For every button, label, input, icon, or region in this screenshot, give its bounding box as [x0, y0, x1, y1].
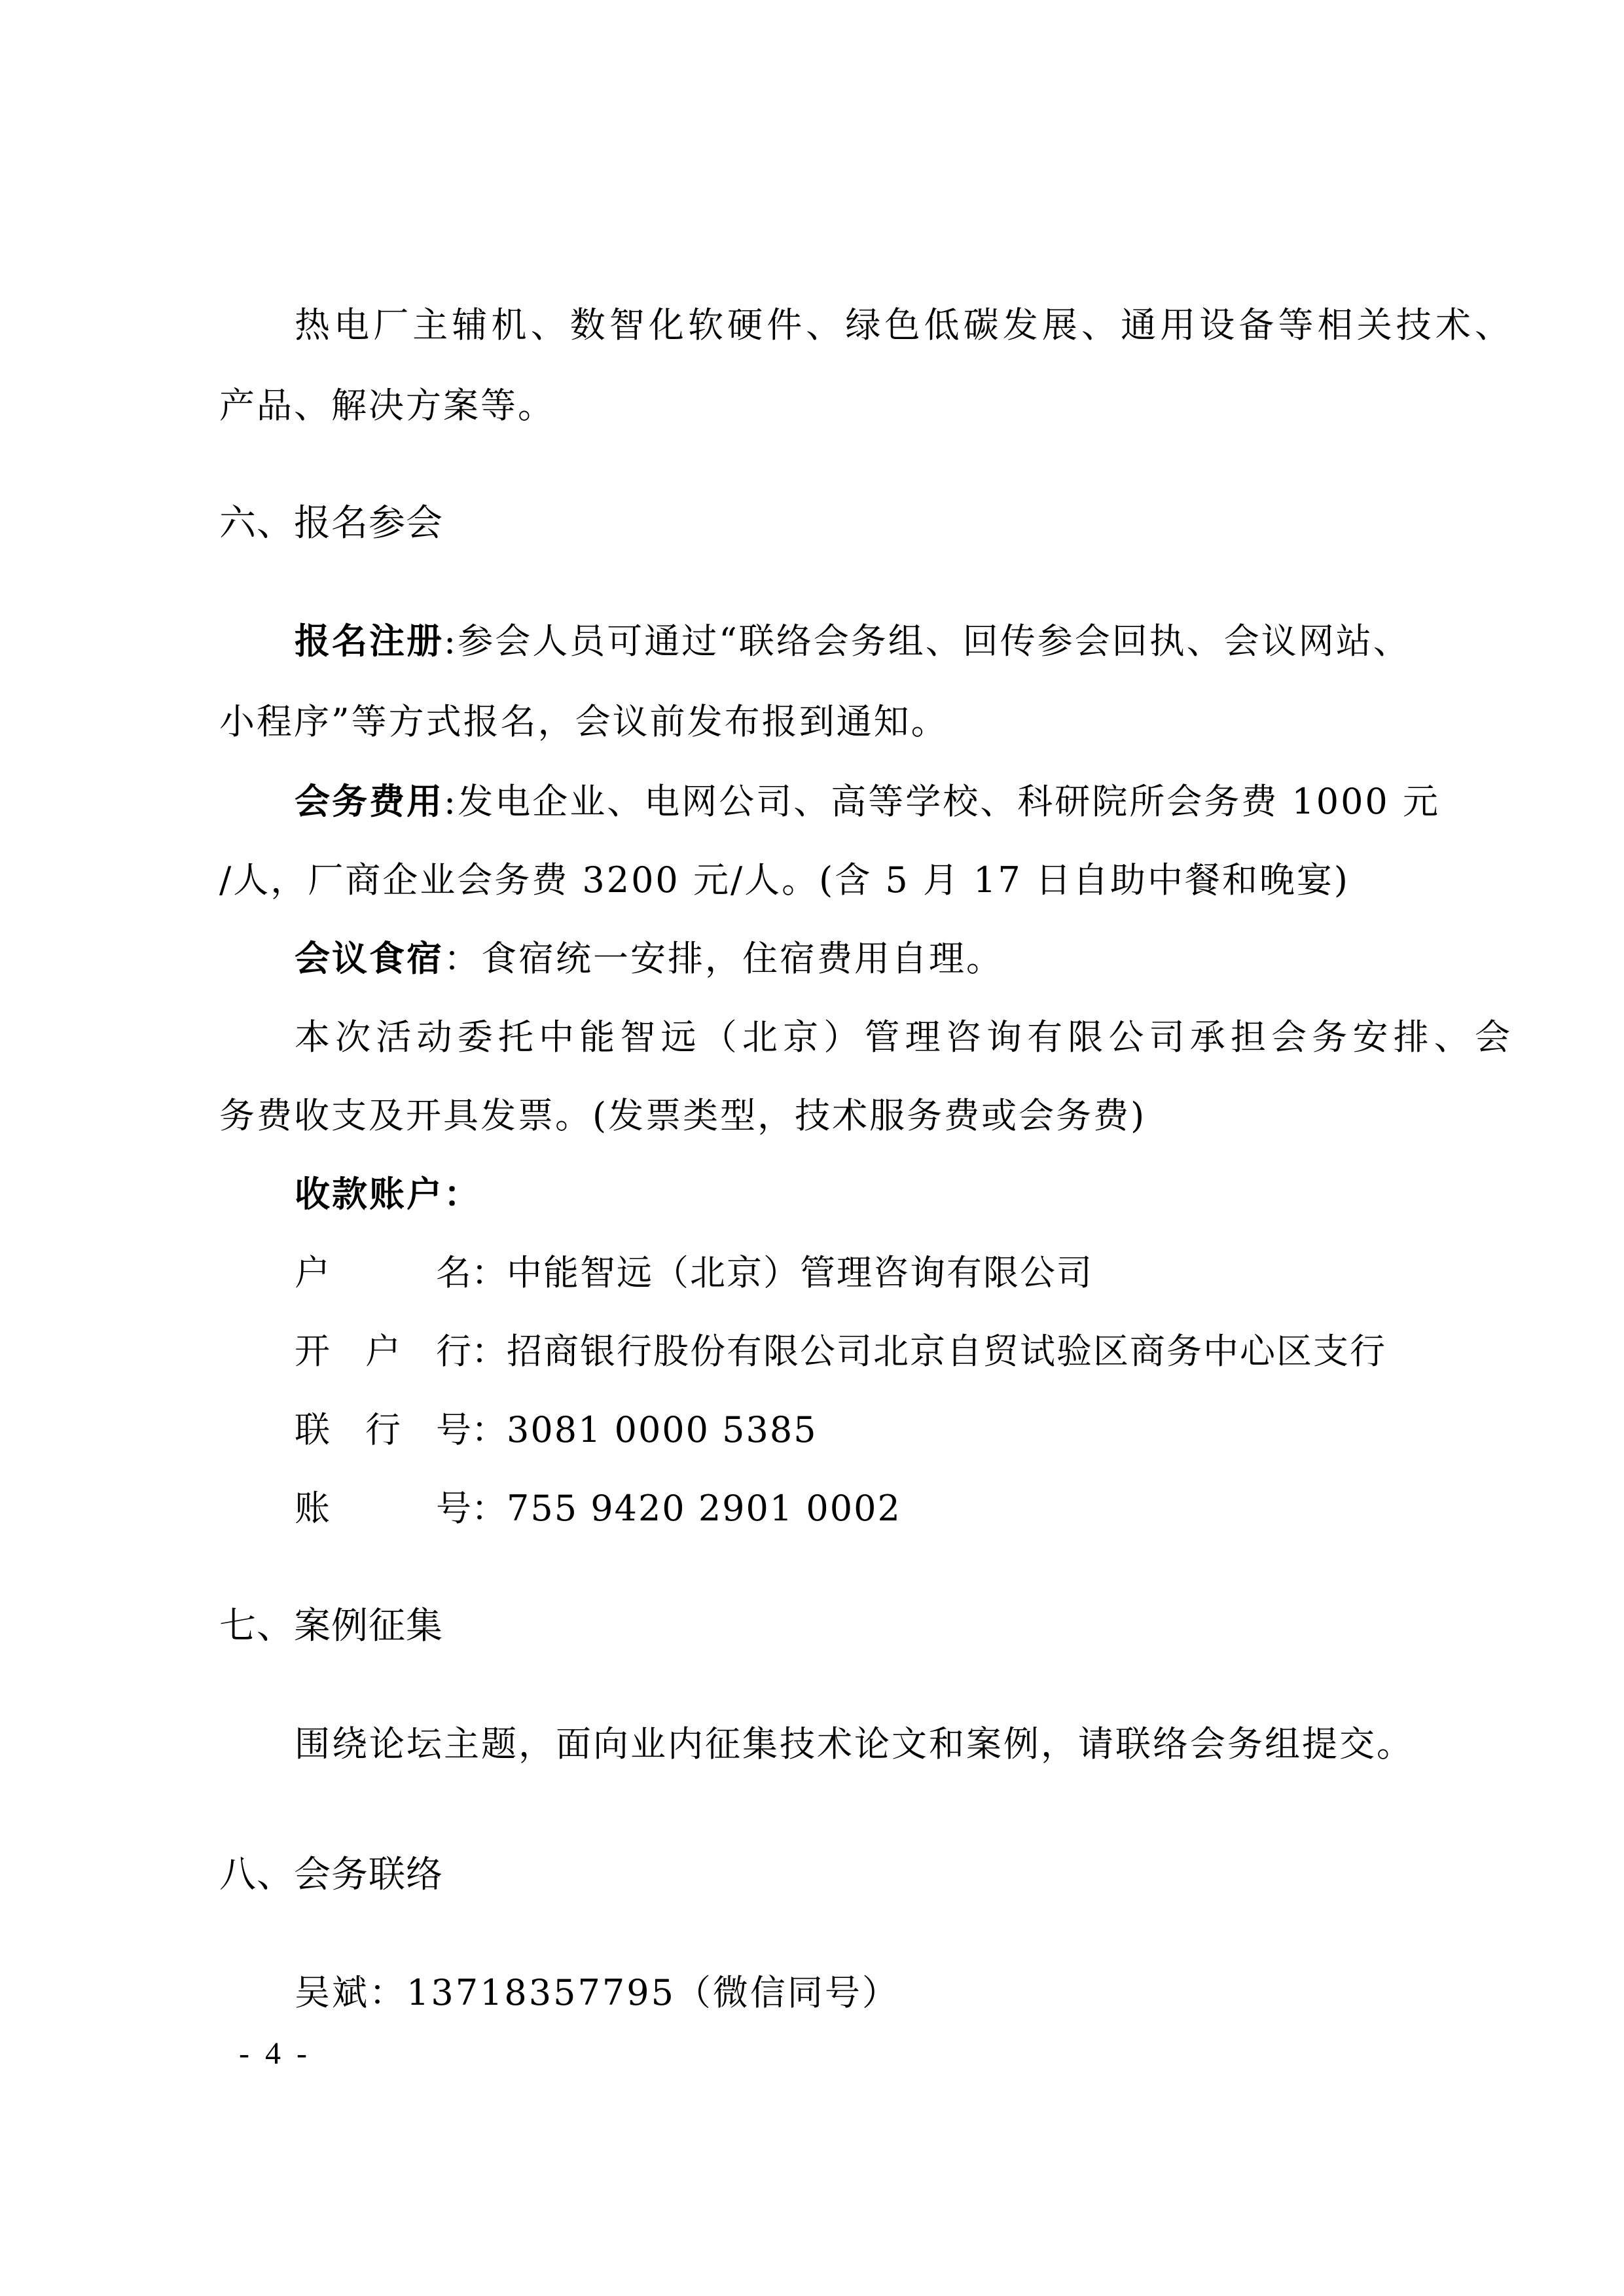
account-bank-value: 招商银行股份有限公司北京自贸试验区商务中心区支行: [507, 1329, 1386, 1374]
colon: ：: [471, 1250, 507, 1296]
fees-text: :发电企业、电网公司、高等学校、科研院所会务费 1000 元: [444, 781, 1440, 822]
account-row-bank-code: 联行号：3081 0000 5385: [295, 1407, 818, 1453]
section-6-heading: 六、报名参会: [219, 501, 1437, 547]
account-name-value: 中能智远（北京）管理咨询有限公司: [507, 1250, 1093, 1296]
account-heading: 收款账户：: [295, 1172, 1512, 1217]
intro-line-1: 热电厂主辅机、数智化软硬件、绿色低碳发展、通用设备等相关技术、: [295, 302, 1512, 348]
lodging-text: ：食宿统一安排，住宿费用自理。: [444, 938, 1003, 979]
account-bank-code-label: 联行号: [295, 1407, 471, 1453]
section-7-heading: 七、案例征集: [219, 1604, 1437, 1649]
section-8-heading: 八、会务联络: [219, 1852, 1437, 1898]
entrust-line-1: 本次活动委托中能智远（北京）管理咨询有限公司承担会务安排、会: [295, 1014, 1512, 1060]
fees-line-1: 会务费用:发电企业、电网公司、高等学校、科研院所会务费 1000 元: [295, 779, 1512, 825]
account-row-name: 户名：中能智远（北京）管理咨询有限公司: [295, 1250, 1093, 1296]
lodging-line: 会议食宿：食宿统一安排，住宿费用自理。: [295, 936, 1512, 982]
account-number-value: 755 9420 2901 0002: [507, 1486, 901, 1532]
account-row-number: 账号：755 9420 2901 0002: [295, 1486, 901, 1532]
intro-line-2: 产品、解决方案等。: [219, 383, 1437, 429]
account-row-bank: 开户行：招商银行股份有限公司北京自贸试验区商务中心区支行: [295, 1329, 1386, 1374]
entrust-line-2: 务费收支及开具发票。(发票类型，技术服务费或会务费): [219, 1093, 1437, 1139]
account-name-label: 户名: [295, 1250, 471, 1296]
registration-label: 报名注册: [295, 620, 444, 662]
page-number: - 4 -: [239, 2036, 311, 2072]
document-page: 热电厂主辅机、数智化软硬件、绿色低碳发展、通用设备等相关技术、 产品、解决方案等…: [0, 0, 1624, 2296]
colon: ：: [471, 1329, 507, 1374]
lodging-label: 会议食宿: [295, 938, 444, 979]
registration-line-2: 小程序”等方式报名，会议前发布报到通知。: [219, 699, 1437, 745]
fees-label: 会务费用: [295, 781, 444, 822]
section-7-text: 围绕论坛主题，面向业内征集技术论文和案例，请联络会务组提交。: [295, 1721, 1512, 1767]
fees-line-2: /人，厂商企业会务费 3200 元/人。(含 5 月 17 日自助中餐和晚宴): [219, 857, 1437, 903]
contact-line: 吴斌：13718357795（微信同号）: [295, 1970, 1512, 2016]
account-number-label: 账号: [295, 1486, 471, 1532]
colon: ：: [471, 1407, 507, 1453]
account-bank-code-value: 3081 0000 5385: [507, 1407, 818, 1453]
registration-text: :参会人员可通过“联络会务组、回传参会回执、会议网站、: [444, 620, 1411, 662]
registration-line-1: 报名注册:参会人员可通过“联络会务组、回传参会回执、会议网站、: [295, 619, 1512, 664]
account-bank-label: 开户行: [295, 1329, 471, 1374]
colon: ：: [471, 1486, 507, 1532]
